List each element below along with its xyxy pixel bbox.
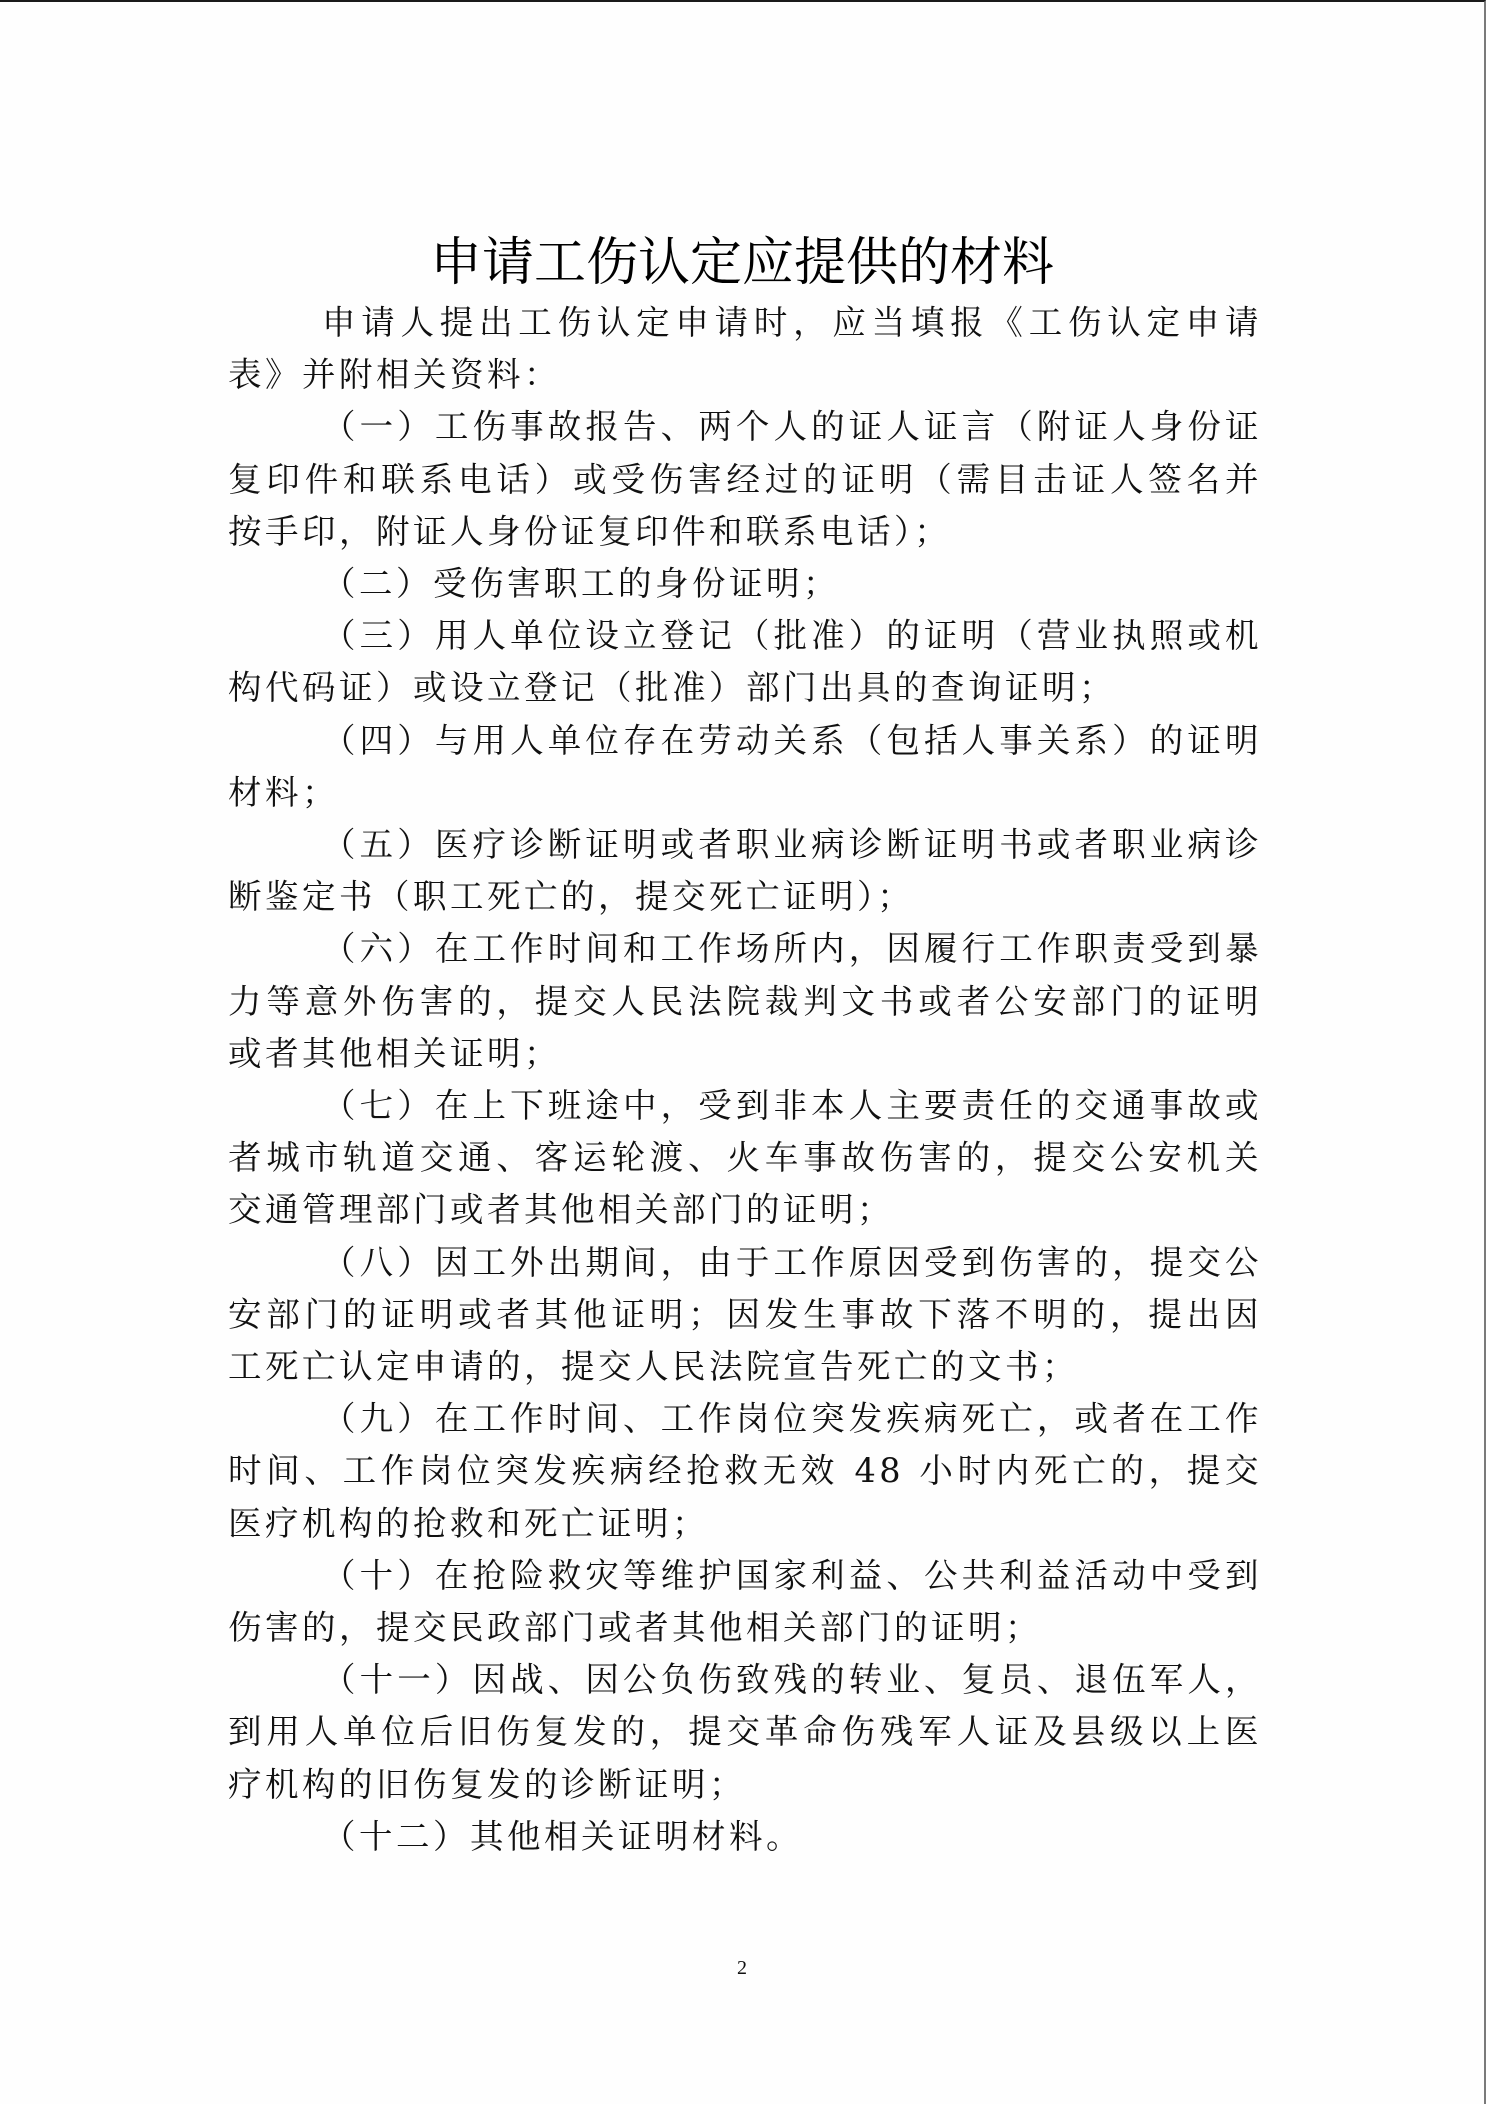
page-number: 2: [0, 1957, 1484, 1980]
list-item-9: （九）在工作时间、工作岗位突发疾病死亡，或者在工作时间、工作岗位突发疾病经抢救无…: [228, 1393, 1262, 1550]
list-item-8: （八）因工外出期间，由于工作原因受到伤害的，提交公安部门的证明或者其他证明；因发…: [228, 1237, 1262, 1394]
list-item-12: （十二）其他相关证明材料。: [228, 1811, 1262, 1863]
document-title: 申请工伤认定应提供的材料: [0, 227, 1484, 299]
document-body: 申请人提出工伤认定申请时，应当填报《工伤认定申请表》并附相关资料： （一）工伤事…: [228, 297, 1262, 1863]
list-item-2: （二）受伤害职工的身份证明；: [228, 558, 1262, 610]
list-item-3: （三）用人单位设立登记（批准）的证明（营业执照或机构代码证）或设立登记（批准）部…: [228, 610, 1262, 714]
list-item-7: （七）在上下班途中，受到非本人主要责任的交通事故或者城市轨道交通、客运轮渡、火车…: [228, 1080, 1262, 1237]
list-item-1: （一）工伤事故报告、两个人的证人证言（附证人身份证复印件和联系电话）或受伤害经过…: [228, 401, 1262, 558]
document-page: 申请工伤认定应提供的材料 申请人提出工伤认定申请时，应当填报《工伤认定申请表》并…: [0, 0, 1486, 2104]
intro-paragraph: 申请人提出工伤认定申请时，应当填报《工伤认定申请表》并附相关资料：: [228, 297, 1262, 401]
list-item-5: （五）医疗诊断证明或者职业病诊断证明书或者职业病诊断鉴定书（职工死亡的，提交死亡…: [228, 819, 1262, 923]
list-item-11: （十一）因战、因公负伤致残的转业、复员、退伍军人，到用人单位后旧伤复发的，提交革…: [228, 1654, 1262, 1811]
list-item-10: （十）在抢险救灾等维护国家利益、公共利益活动中受到伤害的，提交民政部门或者其他相…: [228, 1550, 1262, 1654]
list-item-6: （六）在工作时间和工作场所内，因履行工作职责受到暴力等意外伤害的，提交人民法院裁…: [228, 923, 1262, 1080]
list-item-4: （四）与用人单位存在劳动关系（包括人事关系）的证明材料；: [228, 715, 1262, 819]
